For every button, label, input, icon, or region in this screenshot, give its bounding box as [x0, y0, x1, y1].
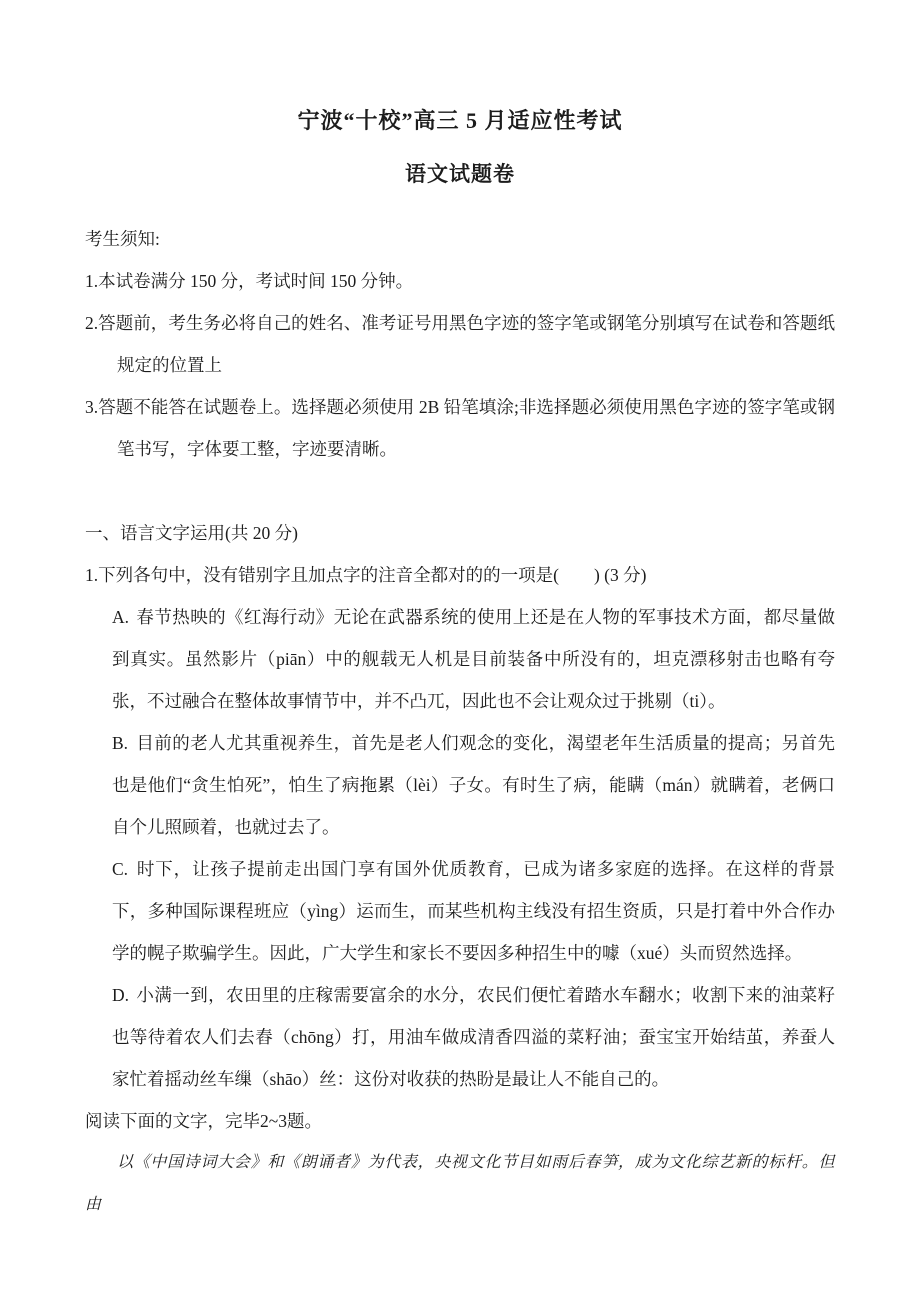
option-a-text: 春节热映的《红海行动》无论在武器系统的使用上还是在人物的军事技术方面，都尽量做到… [112, 607, 835, 711]
section-1-heading: 一、语言文字运用(共 20 分) [85, 512, 835, 554]
notice-item-1: 1.本试卷满分 150 分，考试时间 150 分钟。 [85, 260, 835, 302]
option-c-label: C. [112, 848, 136, 890]
option-a-label: A. [112, 596, 136, 638]
exam-document-page: 宁波“十校”高三 5 月适应性考试 语文试题卷 考生须知: 1.本试卷满分 15… [0, 0, 920, 1302]
document-title: 宁波“十校”高三 5 月适应性考试 [85, 108, 835, 134]
question-1-option-c: C.时下，让孩子提前走出国门享有国外优质教育，已成为诸多家庭的选择。在这样的背景… [112, 848, 835, 974]
option-c-text: 时下，让孩子提前走出国门享有国外优质教育，已成为诸多家庭的选择。在这样的背景下，… [112, 859, 835, 963]
question-1-stem: 1.下列各句中，没有错别字且加点字的注音全都对的的一项是( ) (3 分) [85, 554, 835, 596]
notice-heading: 考生须知: [85, 218, 835, 260]
option-b-text: 目前的老人尤其重视养生，首先是老人们观念的变化，渴望老年生活质量的提高；另首先也… [112, 733, 835, 837]
page-content: 宁波“十校”高三 5 月适应性考试 语文试题卷 考生须知: 1.本试卷满分 15… [0, 0, 920, 1226]
blank-line [85, 470, 835, 512]
option-b-label: B. [112, 722, 136, 764]
option-d-text: 小满一到，农田里的庄稼需要富余的水分，农民们便忙着踏水车翻水；收割下来的油菜籽也… [112, 985, 835, 1089]
reading-instruction: 阅读下面的文字，完毕2~3题。 [85, 1100, 835, 1142]
notice-item-2: 2.答题前，考生务必将自己的姓名、准考证号用黑色字迹的签字笔或钢笔分别填写在试卷… [85, 302, 835, 386]
question-1-option-b: B.目前的老人尤其重视养生，首先是老人们观念的变化，渴望老年生活质量的提高；另首… [112, 722, 835, 848]
reading-passage: 以《中国诗词大会》和《朗诵者》为代表，央视文化节目如雨后春笋，成为文化综艺新的标… [85, 1142, 835, 1226]
document-subtitle: 语文试题卷 [85, 162, 835, 187]
notice-item-3: 3.答题不能答在试题卷上。选择题必须使用 2B 铅笔填涂;非选择题必须使用黑色字… [85, 386, 835, 470]
question-1-option-d: D.小满一到，农田里的庄稼需要富余的水分，农民们便忙着踏水车翻水；收割下来的油菜… [112, 974, 835, 1100]
question-1-option-a: A.春节热映的《红海行动》无论在武器系统的使用上还是在人物的军事技术方面，都尽量… [112, 596, 835, 722]
option-d-label: D. [112, 974, 136, 1016]
